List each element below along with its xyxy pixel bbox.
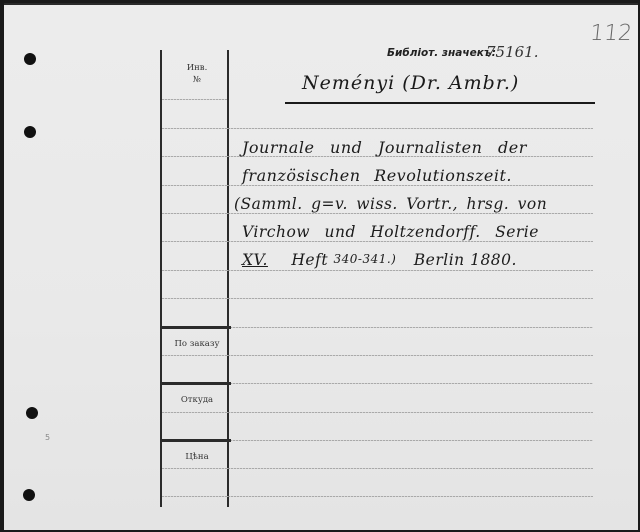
field-divider [162, 326, 231, 329]
title-line-2: französischen Revolutionszeit. [242, 166, 512, 185]
punch-hole [26, 407, 38, 419]
ruled-line [230, 327, 593, 328]
ruled-line [230, 440, 593, 441]
ruled-line [162, 185, 593, 186]
serie-number: XV. [242, 251, 268, 269]
inventory-number-sign: № [164, 75, 230, 85]
title-line-1: Journale und Journalisten der [242, 138, 527, 157]
ruled-line [162, 412, 593, 413]
ruled-line [162, 99, 227, 100]
price-label: Цѣна [164, 452, 230, 462]
page-number: 112 [589, 21, 634, 46]
series-line-1: (Samml. g=v. wiss. Vortr., hrsg. von [234, 195, 547, 213]
series-line-3: XV. Heft 340-341.) Berlin 1880. [242, 251, 517, 269]
order-label: По заказу [164, 339, 230, 349]
source-label: Откуда [164, 395, 230, 405]
punch-hole [24, 53, 36, 65]
ruled-line [162, 241, 593, 242]
punch-hole [24, 126, 36, 138]
heft-label: Heft [291, 251, 328, 269]
punch-hole [23, 489, 35, 501]
library-mark-label: Библіот. значекъ: [387, 47, 496, 59]
author-underline [285, 102, 595, 104]
place-year: Berlin 1880. [414, 251, 517, 269]
ruled-line [162, 468, 593, 469]
ruled-line [162, 355, 593, 356]
field-divider [162, 439, 231, 442]
inventory-label: Инв. [164, 63, 230, 73]
series-line-2: Virchow und Holtzendorff. Serie [242, 223, 539, 241]
ruled-line [230, 383, 593, 384]
margin-mark: 5 [45, 433, 50, 442]
library-mark-value: 75161. [486, 43, 539, 61]
ruled-line [162, 298, 593, 299]
author-name: Neményi (Dr. Ambr.) [302, 72, 519, 94]
ruled-line [162, 213, 593, 214]
ruled-line [162, 496, 593, 497]
field-divider [162, 382, 231, 385]
heft-pages: 340-341.) [333, 252, 396, 266]
ruled-line [162, 128, 593, 129]
catalog-card: 112 Библіот. значекъ: 75161. Neményi (Dr… [4, 3, 638, 530]
ruled-line [162, 270, 593, 271]
